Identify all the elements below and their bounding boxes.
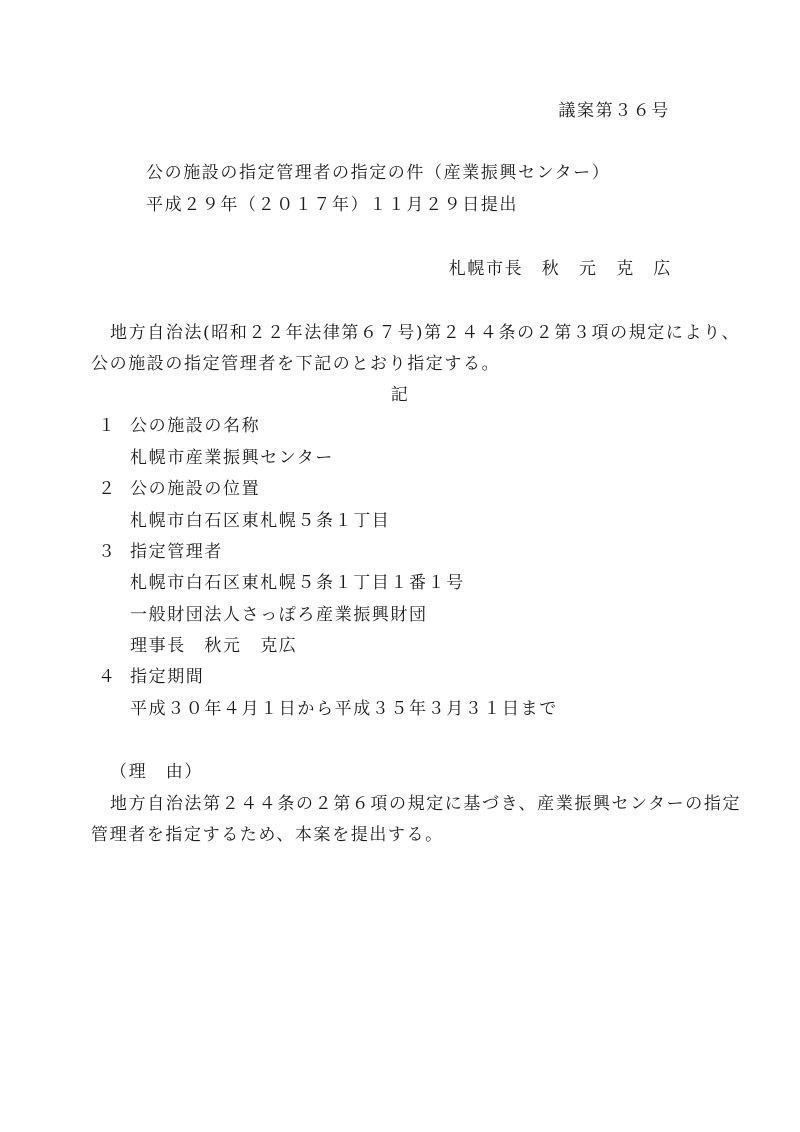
reason-line-2: 管理者を指定するため、本案を提出する。 xyxy=(91,824,444,846)
item-3-line-3: 理事長 秋元 克広 xyxy=(130,635,297,657)
reason-line-1: 地方自治法第２４４条の２第６項の規定に基づき、産業振興センターの指定 xyxy=(110,793,741,815)
item-3-heading: 指定管理者 xyxy=(130,541,223,563)
item-1-heading: 公の施設の名称 xyxy=(130,415,260,437)
ki-heading: 記 xyxy=(0,384,800,406)
submission-date: 平成２９年（２０１７年）１１月２９日提出 xyxy=(146,194,518,216)
item-3-line-2: 一般財団法人さっぽろ産業振興財団 xyxy=(130,604,428,626)
preamble-line-2: 公の施設の指定管理者を下記のとおり指定する。 xyxy=(91,353,500,375)
item-4-line-1: 平成３０年４月１日から平成３５年３月３１日まで xyxy=(130,698,558,720)
reason-heading: （理 由） xyxy=(110,761,203,783)
bill-number: 議案第３６号 xyxy=(558,100,670,122)
item-3-number: ３ xyxy=(98,541,117,563)
item-2-heading: 公の施設の位置 xyxy=(130,478,260,500)
preamble-line-1: 地方自治法(昭和２２年法律第６７号)第２４４条の２第３項の規定により、 xyxy=(110,322,740,344)
submitter: 札幌市長 秋 元 克 広 xyxy=(449,258,672,280)
item-1-line-1: 札幌市産業振興センター xyxy=(130,447,334,469)
item-4-number: ４ xyxy=(98,666,117,688)
item-4-heading: 指定期間 xyxy=(130,666,204,688)
item-1-number: １ xyxy=(98,415,117,437)
item-3-line-1: 札幌市白石区東札幌５条１丁目１番１号 xyxy=(130,572,465,594)
item-2-number: ２ xyxy=(98,478,117,500)
document-title: 公の施設の指定管理者の指定の件（産業振興センター） xyxy=(146,162,610,184)
item-2-line-1: 札幌市白石区東札幌５条１丁目 xyxy=(130,510,390,532)
